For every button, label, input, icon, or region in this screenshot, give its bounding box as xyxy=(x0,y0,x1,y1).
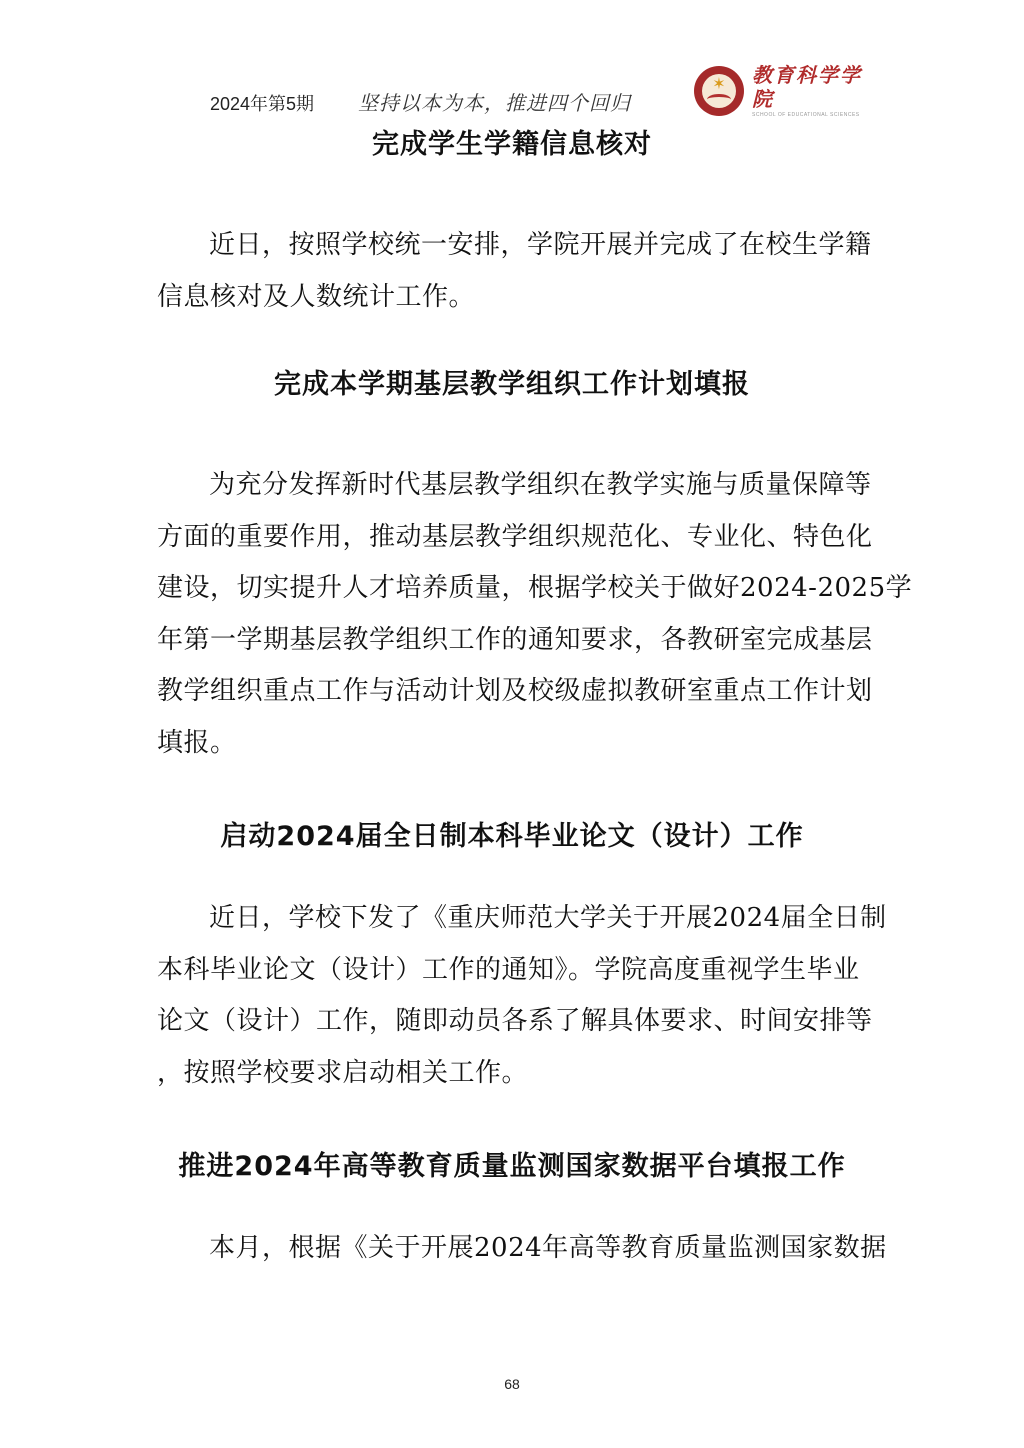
book-icon xyxy=(707,94,731,105)
paragraph-line: 本科毕业论文（设计）工作的通知》。学院高度重视学生毕业 xyxy=(157,945,873,997)
logo-name-en: SCHOOL OF EDUCATIONAL SCIENCES xyxy=(752,111,874,119)
paragraph-line: 论文（设计）工作，随即动员各系了解具体要求、时间安排等 xyxy=(157,996,873,1048)
paragraph-line: 近日，按照学校统一安排，学院开展并完成了在校生学籍 xyxy=(157,220,873,272)
section-paragraph: 本月，根据《关于开展2024年高等教育质量监测国家数据 xyxy=(157,1223,873,1275)
section-heading: 启动2024届全日制本科毕业论文（设计）工作 xyxy=(0,814,1024,853)
section-paragraph: 近日，学校下发了《重庆师范大学关于开展2024届全日制 本科毕业论文（设计）工作… xyxy=(157,893,873,1099)
paragraph-line: 方面的重要作用，推动基层教学组织规范化、专业化、特色化 xyxy=(157,512,873,564)
paragraph-line: ，按照学校要求启动相关工作。 xyxy=(157,1048,873,1100)
paragraph-line: 教学组织重点工作与活动计划及校级虚拟教研室重点工作计划 xyxy=(157,666,873,718)
school-emblem-icon: ✶ xyxy=(694,66,744,116)
issue-number: 2024年第5期 xyxy=(210,90,314,116)
paragraph-line: 建设，切实提升人才培养质量，根据学校关于做好2024-2025学 xyxy=(157,563,873,615)
logo-text: 教育科学学院 SCHOOL OF EDUCATIONAL SCIENCES xyxy=(752,63,874,119)
page-header: 2024年第5期 坚持以本为本，推进四个回归 ✶ 教育科学学院 SCHOOL O… xyxy=(0,0,1024,130)
section-heading: 完成本学期基层教学组织工作计划填报 xyxy=(0,362,1024,401)
section-paragraph: 近日，按照学校统一安排，学院开展并完成了在校生学籍 信息核对及人数统计工作。 xyxy=(157,220,873,323)
paragraph-line: 年第一学期基层教学组织工作的通知要求，各教研室完成基层 xyxy=(157,615,873,667)
college-logo: ✶ 教育科学学院 SCHOOL OF EDUCATIONAL SCIENCES xyxy=(694,64,874,118)
section-paragraph: 为充分发挥新时代基层教学组织在教学实施与质量保障等 方面的重要作用，推动基层教学… xyxy=(157,460,873,769)
paragraph-line: 填报。 xyxy=(157,718,873,770)
paragraph-line: 近日，学校下发了《重庆师范大学关于开展2024届全日制 xyxy=(157,893,873,945)
page-number: 68 xyxy=(0,1376,1024,1392)
header-motto: 坚持以本为本，推进四个回归 xyxy=(358,87,631,116)
section-heading: 推进2024年高等教育质量监测国家数据平台填报工作 xyxy=(0,1144,1024,1183)
logo-name-cn: 教育科学学院 xyxy=(752,63,874,111)
section-heading: 完成学生学籍信息核对 xyxy=(0,122,1024,161)
star-icon: ✶ xyxy=(708,76,730,92)
paragraph-line: 本月，根据《关于开展2024年高等教育质量监测国家数据 xyxy=(157,1223,873,1275)
paragraph-line: 信息核对及人数统计工作。 xyxy=(157,272,873,324)
paragraph-line: 为充分发挥新时代基层教学组织在教学实施与质量保障等 xyxy=(157,460,873,512)
